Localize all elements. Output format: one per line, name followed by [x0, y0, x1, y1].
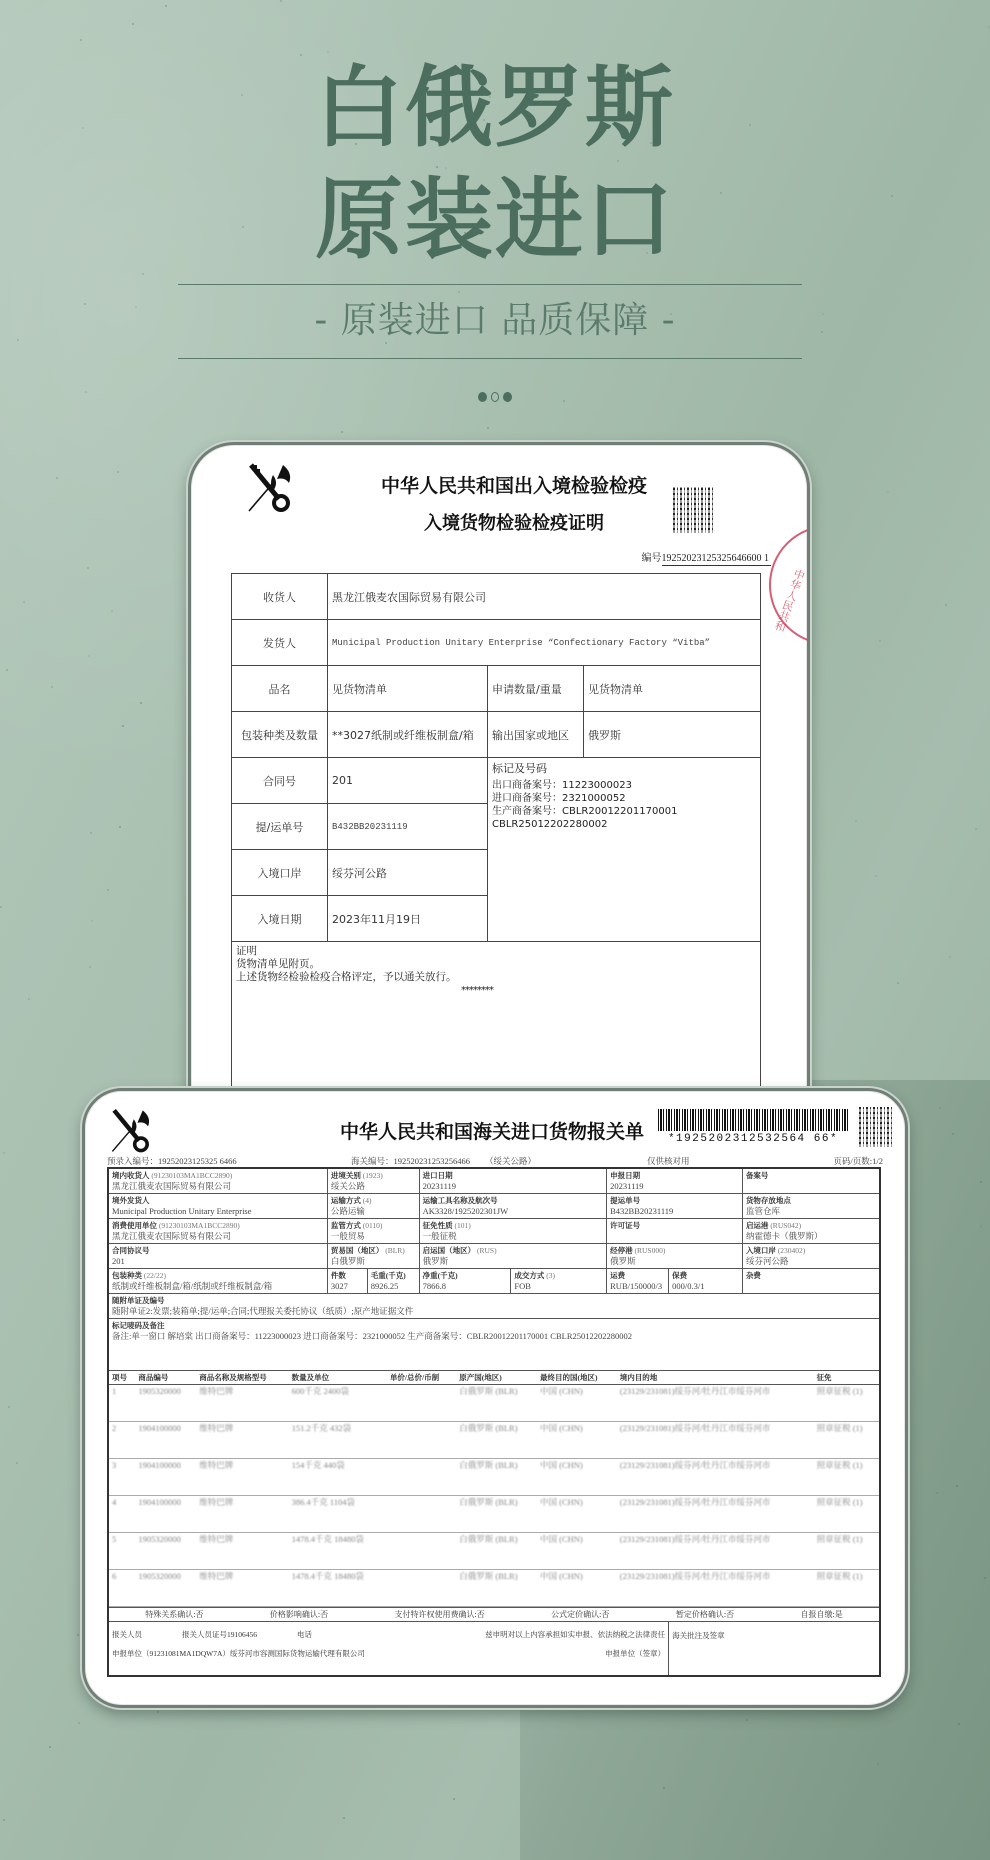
- item-row: 61905320000维特巴牌1478.4千克 18480袋白俄罗斯 (BLR)…: [109, 1570, 879, 1607]
- item-cell: 白俄罗斯 (BLR): [456, 1570, 537, 1607]
- item-cell: 1: [109, 1385, 135, 1422]
- item-cell: 维特巴牌: [196, 1533, 288, 1570]
- items-header-cell: 数量及单位: [289, 1371, 387, 1385]
- declarant-id: 报关人员证号19106456: [182, 1629, 257, 1640]
- marks-and-numbers: 标记及号码 出口商备案号：11223000023 进口商备案号：23210000…: [488, 758, 761, 942]
- field-label: 包装种类 (22/22): [112, 1270, 324, 1281]
- packing-row: 包装种类 (22/22)纸制或纤维板制盒/箱/纸制或纤维板制盒/箱件数 3027…: [108, 1269, 880, 1294]
- item-cell: 中国 (CHN): [537, 1422, 617, 1459]
- field-label: 随附单证及编号: [112, 1295, 876, 1306]
- field-code: (1923): [363, 1171, 383, 1180]
- field-label: 货物存放地点: [746, 1195, 876, 1206]
- field-value: 公路运输: [331, 1206, 416, 1217]
- items-header-cell: 商品编号: [135, 1371, 196, 1385]
- item-cell: 3: [109, 1459, 135, 1496]
- item-cell: 维特巴牌: [196, 1496, 288, 1533]
- field-value: B432BB20231119: [610, 1206, 739, 1217]
- confirmations-row: 特殊关系确认:否价格影响确认:否支付特许权使用费确认:否公式定价确认:否暂定价格…: [108, 1608, 880, 1622]
- carousel-dot-3[interactable]: [503, 392, 512, 402]
- marks-line: 进口商备案号：2321000052: [492, 792, 756, 805]
- item-cell: 中国 (CHN): [537, 1533, 617, 1570]
- certification-section: 证明 货物清单见附页。 上述货物经检验检疫合格评定，予以通关放行。 ******…: [232, 942, 761, 1102]
- field-label: 征免性质 (101): [423, 1220, 604, 1231]
- item-cell: 中国 (CHN): [537, 1496, 617, 1533]
- field-code: (91230103MA1BCC2890): [151, 1171, 232, 1180]
- field-label: 贸易国（地区） (BLR): [331, 1245, 416, 1256]
- item-cell: [387, 1422, 456, 1459]
- declaration-footer: 报关人员报关人员证号19106456电话兹申明对以上内容承担如实申报、依法纳税之…: [108, 1622, 880, 1676]
- item-cell: [387, 1496, 456, 1533]
- field-value: [746, 1281, 876, 1292]
- items-section: 项号商品编号商品名称及规格型号数量及单位单价/总价/币制原产国(地区)最终目的国…: [108, 1371, 880, 1608]
- certification-line: 货物清单见附页。: [236, 958, 756, 971]
- field-value: 201: [112, 1256, 324, 1267]
- item-cell: 中国 (CHN): [537, 1385, 617, 1422]
- barcode-icon: [658, 1109, 848, 1131]
- field-cell: 运输工具名称及航次号 AK3328/1925202301JW: [419, 1194, 607, 1219]
- field-code: (RUS): [477, 1246, 497, 1255]
- item-cell: 1905320000: [135, 1385, 196, 1422]
- items-header-cell: 最终目的国(地区): [537, 1371, 617, 1385]
- certification-heading: 证明: [236, 945, 756, 958]
- field-label: 启运港 (RUS042): [746, 1220, 876, 1231]
- contract-no-label: 合同号: [232, 758, 328, 804]
- field-code: (0110): [363, 1221, 383, 1230]
- item-cell: 1905320000: [135, 1533, 196, 1570]
- hero-subtitle: - 原装进口 品质保障 -: [0, 296, 990, 346]
- items-table-cell: 项号商品编号商品名称及规格型号数量及单位单价/总价/币制原产国(地区)最终目的国…: [108, 1371, 880, 1608]
- item-cell: 1478.4千克 18480袋: [289, 1533, 387, 1570]
- remarks-cell: 标记唛码及备注 备注:单一窗口 解培棠 出口商备案号：11223000023 进…: [108, 1319, 880, 1371]
- packing-type-cell: 包装种类 (22/22)纸制或纤维板制盒/箱/纸制或纤维板制盒/箱: [108, 1269, 327, 1294]
- field-code: (3): [546, 1271, 555, 1280]
- field-value: 白俄罗斯: [331, 1256, 416, 1267]
- item-cell: [387, 1385, 456, 1422]
- field-value: 3027: [331, 1281, 364, 1292]
- consignor-value: Municipal Production Unitary Enterprise …: [328, 620, 761, 666]
- item-cell: 白俄罗斯 (BLR): [456, 1385, 537, 1422]
- field-label: 合同协议号: [112, 1245, 324, 1256]
- field-code: (230402): [778, 1246, 806, 1255]
- item-cell: (23129/231081)绥芬河/牡丹江市绥芬河市: [617, 1496, 814, 1533]
- field-label: 标记唛码及备注: [112, 1320, 876, 1331]
- certificate-number-value: 19252023125325646600 1: [662, 553, 772, 566]
- item-cell: 维特巴牌: [196, 1385, 288, 1422]
- field-cell: 进境关别 (1923)绥关公路: [327, 1168, 419, 1194]
- field-label: 保费: [672, 1270, 739, 1281]
- item-cell: [387, 1459, 456, 1496]
- field-code: (22/22): [144, 1271, 166, 1280]
- field-value: 一般征税: [423, 1231, 604, 1242]
- packing-value: **3027纸制或纤维板制盒/箱: [328, 712, 488, 758]
- field-label: 进口日期: [423, 1170, 604, 1181]
- item-cell: (23129/231081)绥芬河/牡丹江市绥芬河市: [617, 1533, 814, 1570]
- field-cell: 备案号: [742, 1168, 880, 1194]
- field-value: FOB: [514, 1281, 603, 1292]
- field-value: 俄罗斯: [610, 1256, 739, 1267]
- customs-approval-cell: 海关批注及签章: [669, 1622, 880, 1676]
- inspection-certificate-card: 中华人民共和国出入境检验检疫 入境货物检验检疫证明 中华人民共和 编号19252…: [188, 442, 810, 1122]
- field-value: 绥芬河公路: [746, 1256, 876, 1267]
- certificate-title: 中华人民共和国出入境检验检疫: [191, 471, 810, 498]
- confirmations-cell: 特殊关系确认:否价格影响确认:否支付特许权使用费确认:否公式定价确认:否暂定价格…: [108, 1608, 880, 1622]
- item-cell: (23129/231081)绥芬河/牡丹江市绥芬河市: [617, 1385, 814, 1422]
- attached-docs-cell: 随附单证及编号 随附单证2:发票;装箱单;提/运单;合同;代理报关委托协议（纸质…: [108, 1294, 880, 1319]
- field-value: 黑龙江俄麦农国际贸易有限公司: [112, 1231, 324, 1242]
- official-seal-stamp: 中华人民共和: [769, 525, 810, 645]
- field-label: 进境关别 (1923): [331, 1170, 416, 1181]
- product-name-label: 品名: [232, 666, 328, 712]
- item-cell: 白俄罗斯 (BLR): [456, 1496, 537, 1533]
- confirmation-item: 自报自缴:是: [800, 1609, 842, 1620]
- field-label: 消费使用单位 (91230103MA1BCC2890): [112, 1220, 324, 1231]
- misc-fee-cell: 杂费: [742, 1269, 880, 1294]
- item-cell: 照章征税 (1): [814, 1422, 879, 1459]
- declarant-line: 报关人员报关人员证号19106456电话兹申明对以上内容承担如实申报、依法纳税之…: [112, 1629, 665, 1640]
- item-cell: 白俄罗斯 (BLR): [456, 1422, 537, 1459]
- item-row: 51905320000维特巴牌1478.4千克 18480袋白俄罗斯 (BLR)…: [109, 1533, 879, 1570]
- field-cell: 境外发货人 Municipal Production Unitary Enter…: [108, 1194, 327, 1219]
- legal-statement: 兹申明对以上内容承担如实申报、依法纳税之法律责任: [485, 1629, 665, 1640]
- attached-docs-row: 随附单证及编号 随附单证2:发票;装箱单;提/运单;合同;代理报关委托协议（纸质…: [108, 1294, 880, 1319]
- field-cell: 进口日期 20231119: [419, 1168, 607, 1194]
- entry-date-label: 入境日期: [232, 896, 328, 942]
- declaration-title: 中华人民共和国海关进口货物报关单: [340, 1117, 644, 1144]
- field-label: 杂费: [746, 1270, 876, 1281]
- field-value: 20231119: [610, 1181, 739, 1192]
- product-name-value: 见货物清单: [328, 666, 488, 712]
- declaring-unit-line: 申报单位（91231081MA1DQW7A）绥芬河市容测国际货物运输代理有限公司…: [112, 1648, 665, 1659]
- insurance-cell: 保费 000/0.3/1: [669, 1269, 743, 1294]
- field-cell: 运输方式 (4)公路运输: [327, 1194, 419, 1219]
- field-label: 许可证号: [610, 1220, 739, 1231]
- field-value: 俄罗斯: [423, 1256, 604, 1267]
- field-value: 随附单证2:发票;装箱单;提/运单;合同;代理报关委托协议（纸质）;原产地证据文…: [112, 1306, 876, 1317]
- gross-weight-cell: 毛重(千克) 8926.25: [367, 1269, 419, 1294]
- confirmation-item: 价格影响确认:否: [270, 1609, 328, 1620]
- field-cell: 启运港 (RUS042)纳霍德卡（俄罗斯）: [742, 1219, 880, 1244]
- item-cell: 白俄罗斯 (BLR): [456, 1533, 537, 1570]
- field-label: 境外发货人: [112, 1195, 324, 1206]
- field-label: 成交方式 (3): [514, 1270, 603, 1281]
- item-cell: 154千克 440袋: [289, 1459, 387, 1496]
- field-value: 监管仓库: [746, 1206, 876, 1217]
- hero-title-line1: 白俄罗斯: [0, 58, 990, 158]
- items-header-cell: 单价/总价/币制: [387, 1371, 456, 1385]
- field-label: 启运国（地区） (RUS): [423, 1245, 604, 1256]
- items-header-row: 项号商品编号商品名称及规格型号数量及单位单价/总价/币制原产国(地区)最终目的国…: [109, 1371, 879, 1385]
- field-cell: 贸易国（地区） (BLR)白俄罗斯: [327, 1244, 419, 1269]
- freight-cell: 运费 RUB/150000/3: [607, 1269, 669, 1294]
- item-cell: 4: [109, 1496, 135, 1533]
- bill-no-label: 提/运单号: [232, 804, 328, 850]
- item-cell: 照章征税 (1): [814, 1533, 879, 1570]
- item-cell: 1478.4千克 18480袋: [289, 1570, 387, 1607]
- field-label: 毛重(千克): [371, 1270, 416, 1281]
- items-table: 项号商品编号商品名称及规格型号数量及单位单价/总价/币制原产国(地区)最终目的国…: [109, 1371, 879, 1607]
- field-code: (RUS000): [635, 1246, 666, 1255]
- field-label: 入境口岸 (230402): [746, 1245, 876, 1256]
- certificate-number-label: 编号: [642, 553, 662, 564]
- field-value: 7866.8: [423, 1281, 508, 1292]
- item-cell: 5: [109, 1533, 135, 1570]
- field-cell: 入境口岸 (230402)绥芬河公路: [742, 1244, 880, 1269]
- declaring-unit: 申报单位（91231081MA1DQW7A）绥芬河市容测国际货物运输代理有限公司: [112, 1648, 365, 1659]
- declaring-unit-seal: 申报单位（签章）: [605, 1648, 665, 1659]
- item-cell: 维特巴牌: [196, 1422, 288, 1459]
- consignee-label: 收货人: [232, 574, 328, 620]
- item-row: 41904100000维特巴牌386.4千克 1104袋白俄罗斯 (BLR)中国…: [109, 1496, 879, 1533]
- carousel-dot-2-active[interactable]: [491, 392, 499, 402]
- field-cell: 货物存放地点 监管仓库: [742, 1194, 880, 1219]
- declaration-row: 合同协议号 201贸易国（地区） (BLR)白俄罗斯启运国（地区） (RUS)俄…: [108, 1244, 880, 1269]
- declarant-label: 报关人员: [112, 1629, 142, 1640]
- consignee-value: 黑龙江俄麦农国际贸易有限公司: [328, 574, 761, 620]
- declarant-cell: 报关人员报关人员证号19106456电话兹申明对以上内容承担如实申报、依法纳税之…: [108, 1622, 669, 1676]
- field-cell: 许可证号: [607, 1219, 743, 1244]
- customs-number: 海关编号：192520231253256466: [351, 1155, 470, 1167]
- field-cell: 征免性质 (101)一般征税: [419, 1219, 607, 1244]
- items-header-cell: 商品名称及规格型号: [196, 1371, 288, 1385]
- customs-emblem-icon: [107, 1105, 157, 1155]
- carousel-dot-1[interactable]: [478, 392, 487, 402]
- quantity-value: 见货物清单: [584, 666, 761, 712]
- item-cell: 600千克 2400袋: [289, 1385, 387, 1422]
- field-value: 黑龙江俄麦农国际贸易有限公司: [112, 1181, 324, 1192]
- field-label: 经停港 (RUS000): [610, 1245, 739, 1256]
- item-cell: 中国 (CHN): [537, 1570, 617, 1607]
- item-cell: 照章征税 (1): [814, 1385, 879, 1422]
- qr-code-icon: [673, 487, 715, 533]
- item-row: 31904100000维特巴牌154千克 440袋白俄罗斯 (BLR)中国 (C…: [109, 1459, 879, 1496]
- certification-line: 上述货物经检验检疫合格评定，予以通关放行。: [236, 971, 756, 984]
- field-label: 申报日期: [610, 1170, 739, 1181]
- field-value: 纳霍德卡（俄罗斯）: [746, 1231, 876, 1242]
- origin-value: 俄罗斯: [584, 712, 761, 758]
- field-value: 8926.25: [371, 1281, 416, 1292]
- field-label: 监管方式 (0110): [331, 1220, 416, 1231]
- field-label: 净重(千克): [423, 1270, 508, 1281]
- field-value: 000/0.3/1: [672, 1281, 739, 1292]
- item-cell: 照章征税 (1): [814, 1496, 879, 1533]
- item-cell: 2: [109, 1422, 135, 1459]
- certification-end-marker: ********: [236, 984, 756, 997]
- verification-note: 仅供核对用: [647, 1155, 690, 1167]
- packing-label: 包装种类及数量: [232, 712, 328, 758]
- qr-code-icon: [859, 1107, 893, 1147]
- field-code: (101): [455, 1221, 471, 1230]
- item-cell: 386.4千克 1104袋: [289, 1496, 387, 1533]
- consignor-label: 发货人: [232, 620, 328, 666]
- item-cell: 1905320000: [135, 1570, 196, 1607]
- declaration-table: 境内收货人 (91230103MA1BCC2890)黑龙江俄麦农国际贸易有限公司…: [107, 1167, 881, 1677]
- items-header-cell: 征免: [814, 1371, 879, 1385]
- certificate-number: 编号19252023125325646600 1: [642, 549, 772, 564]
- confirmations-list: 特殊关系确认:否价格影响确认:否支付特许权使用费确认:否公式定价确认:否暂定价格…: [112, 1609, 876, 1620]
- item-cell: 照章征税 (1): [814, 1570, 879, 1607]
- item-cell: [387, 1533, 456, 1570]
- field-value: 一般贸易: [331, 1231, 416, 1242]
- items-header-cell: 境内目的地: [617, 1371, 814, 1385]
- pre-entry-number: 预录入编号：19252023125325 6466: [107, 1155, 237, 1167]
- confirmation-item: 公式定价确认:否: [551, 1609, 609, 1620]
- field-cell: 境内收货人 (91230103MA1BCC2890)黑龙江俄麦农国际贸易有限公司: [108, 1168, 327, 1194]
- hero-title-line2: 原装进口: [0, 170, 990, 270]
- declaration-row: 境外发货人 Municipal Production Unitary Enter…: [108, 1194, 880, 1219]
- certificate-table: 收货人 黑龙江俄麦农国际贸易有限公司 发货人 Municipal Product…: [231, 573, 761, 1102]
- item-cell: 151.2千克 432袋: [289, 1422, 387, 1459]
- field-label: 提运单号: [610, 1195, 739, 1206]
- field-value: 绥关公路: [331, 1181, 416, 1192]
- field-value: [746, 1181, 876, 1192]
- item-cell: (23129/231081)绥芬河/牡丹江市绥芬河市: [617, 1422, 814, 1459]
- field-cell: 申报日期 20231119: [607, 1168, 743, 1194]
- marks-line: 生产商备案号：CBLR20012201170001: [492, 805, 756, 818]
- page-count: 页码/页数:1/2: [833, 1155, 883, 1167]
- certificate-subtitle: 入境货物检验检疫证明: [191, 509, 810, 535]
- quantity-label: 申请数量/重量: [488, 666, 584, 712]
- items-header-cell: 项号: [109, 1371, 135, 1385]
- customs-declaration-card: 中华人民共和国海关进口货物报关单 *1925202312532564 66* 预…: [82, 1088, 908, 1708]
- item-cell: (23129/231081)绥芬河/牡丹江市绥芬河市: [617, 1459, 814, 1496]
- net-weight-cell: 净重(千克) 7866.8: [419, 1269, 511, 1294]
- item-cell: 中国 (CHN): [537, 1459, 617, 1496]
- field-value: 20231119: [423, 1181, 604, 1192]
- field-label: 备案号: [746, 1170, 876, 1181]
- field-cell: 消费使用单位 (91230103MA1BCC2890)黑龙江俄麦农国际贸易有限公…: [108, 1219, 327, 1244]
- marks-line: 出口商备案号：11223000023: [492, 779, 756, 792]
- item-cell: 1904100000: [135, 1422, 196, 1459]
- field-value: AK3328/1925202301JW: [423, 1206, 604, 1217]
- declaration-row: 境内收货人 (91230103MA1BCC2890)黑龙江俄麦农国际贸易有限公司…: [108, 1168, 880, 1194]
- customs-office: （绥关公路）: [485, 1155, 536, 1167]
- field-code: (91230103MA1BCC2890): [159, 1221, 240, 1230]
- confirmation-item: 支付特许权使用费确认:否: [395, 1609, 485, 1620]
- item-cell: 维特巴牌: [196, 1459, 288, 1496]
- field-cell: 合同协议号 201: [108, 1244, 327, 1269]
- entry-port-value: 绥芬河公路: [328, 850, 488, 896]
- confirmation-item: 暂定价格确认:否: [676, 1609, 734, 1620]
- field-value: [610, 1231, 739, 1242]
- field-cell: 监管方式 (0110)一般贸易: [327, 1219, 419, 1244]
- field-cell: 经停港 (RUS000)俄罗斯: [607, 1244, 743, 1269]
- contract-no-value: 201: [328, 758, 488, 804]
- field-label: 件数: [331, 1270, 364, 1281]
- item-cell: 1904100000: [135, 1496, 196, 1533]
- marks-heading: 标记及号码: [492, 762, 756, 775]
- bill-no-value: B432BB20231119: [328, 804, 488, 850]
- field-label: 境内收货人 (91230103MA1BCC2890): [112, 1170, 324, 1181]
- item-cell: [387, 1570, 456, 1607]
- field-label: 运输工具名称及航次号: [423, 1195, 604, 1206]
- item-cell: 白俄罗斯 (BLR): [456, 1459, 537, 1496]
- origin-label: 输出国家或地区: [488, 712, 584, 758]
- item-row: 11905320000维特巴牌600千克 2400袋白俄罗斯 (BLR)中国 (…: [109, 1385, 879, 1422]
- divider-top: [178, 284, 802, 285]
- confirmation-item: 特殊关系确认:否: [145, 1609, 203, 1620]
- field-cell: 提运单号 B432BB20231119: [607, 1194, 743, 1219]
- remarks-row: 标记唛码及备注 备注:单一窗口 解培棠 出口商备案号：11223000023 进…: [108, 1319, 880, 1371]
- field-value: RUB/150000/3: [610, 1281, 665, 1292]
- field-code: (RUS042): [770, 1221, 801, 1230]
- field-label: 运输方式 (4): [331, 1195, 416, 1206]
- terms-cell: 成交方式 (3)FOB: [511, 1269, 607, 1294]
- item-cell: 照章征税 (1): [814, 1459, 879, 1496]
- item-cell: 维特巴牌: [196, 1570, 288, 1607]
- entry-port-label: 入境口岸: [232, 850, 328, 896]
- field-code: (BLR): [385, 1246, 405, 1255]
- carousel-indicator: [0, 392, 990, 402]
- marks-line: CBLR25012202280002: [492, 818, 756, 831]
- phone-label: 电话: [297, 1629, 312, 1640]
- item-cell: 1904100000: [135, 1459, 196, 1496]
- items-header-cell: 原产国(地区): [456, 1371, 537, 1385]
- field-value: 备注:单一窗口 解培棠 出口商备案号：11223000023 进口商备案号：23…: [112, 1331, 876, 1342]
- divider-bottom: [178, 358, 802, 359]
- entry-date-value: 2023年11月19日: [328, 896, 488, 942]
- field-cell: 启运国（地区） (RUS)俄罗斯: [419, 1244, 607, 1269]
- declaration-row: 消费使用单位 (91230103MA1BCC2890)黑龙江俄麦农国际贸易有限公…: [108, 1219, 880, 1244]
- field-value: Municipal Production Unitary Enterprise: [112, 1206, 324, 1217]
- pieces-cell: 件数 3027: [327, 1269, 367, 1294]
- field-value: 纸制或纤维板制盒/箱/纸制或纤维板制盒/箱: [112, 1281, 324, 1292]
- item-cell: 6: [109, 1570, 135, 1607]
- field-code: (4): [363, 1196, 372, 1205]
- item-row: 21904100000维特巴牌151.2千克 432袋白俄罗斯 (BLR)中国 …: [109, 1422, 879, 1459]
- barcode-text: *1925202312532564 66*: [655, 1133, 851, 1145]
- field-label: 运费: [610, 1270, 665, 1281]
- item-cell: (23129/231081)绥芬河/牡丹江市绥芬河市: [617, 1570, 814, 1607]
